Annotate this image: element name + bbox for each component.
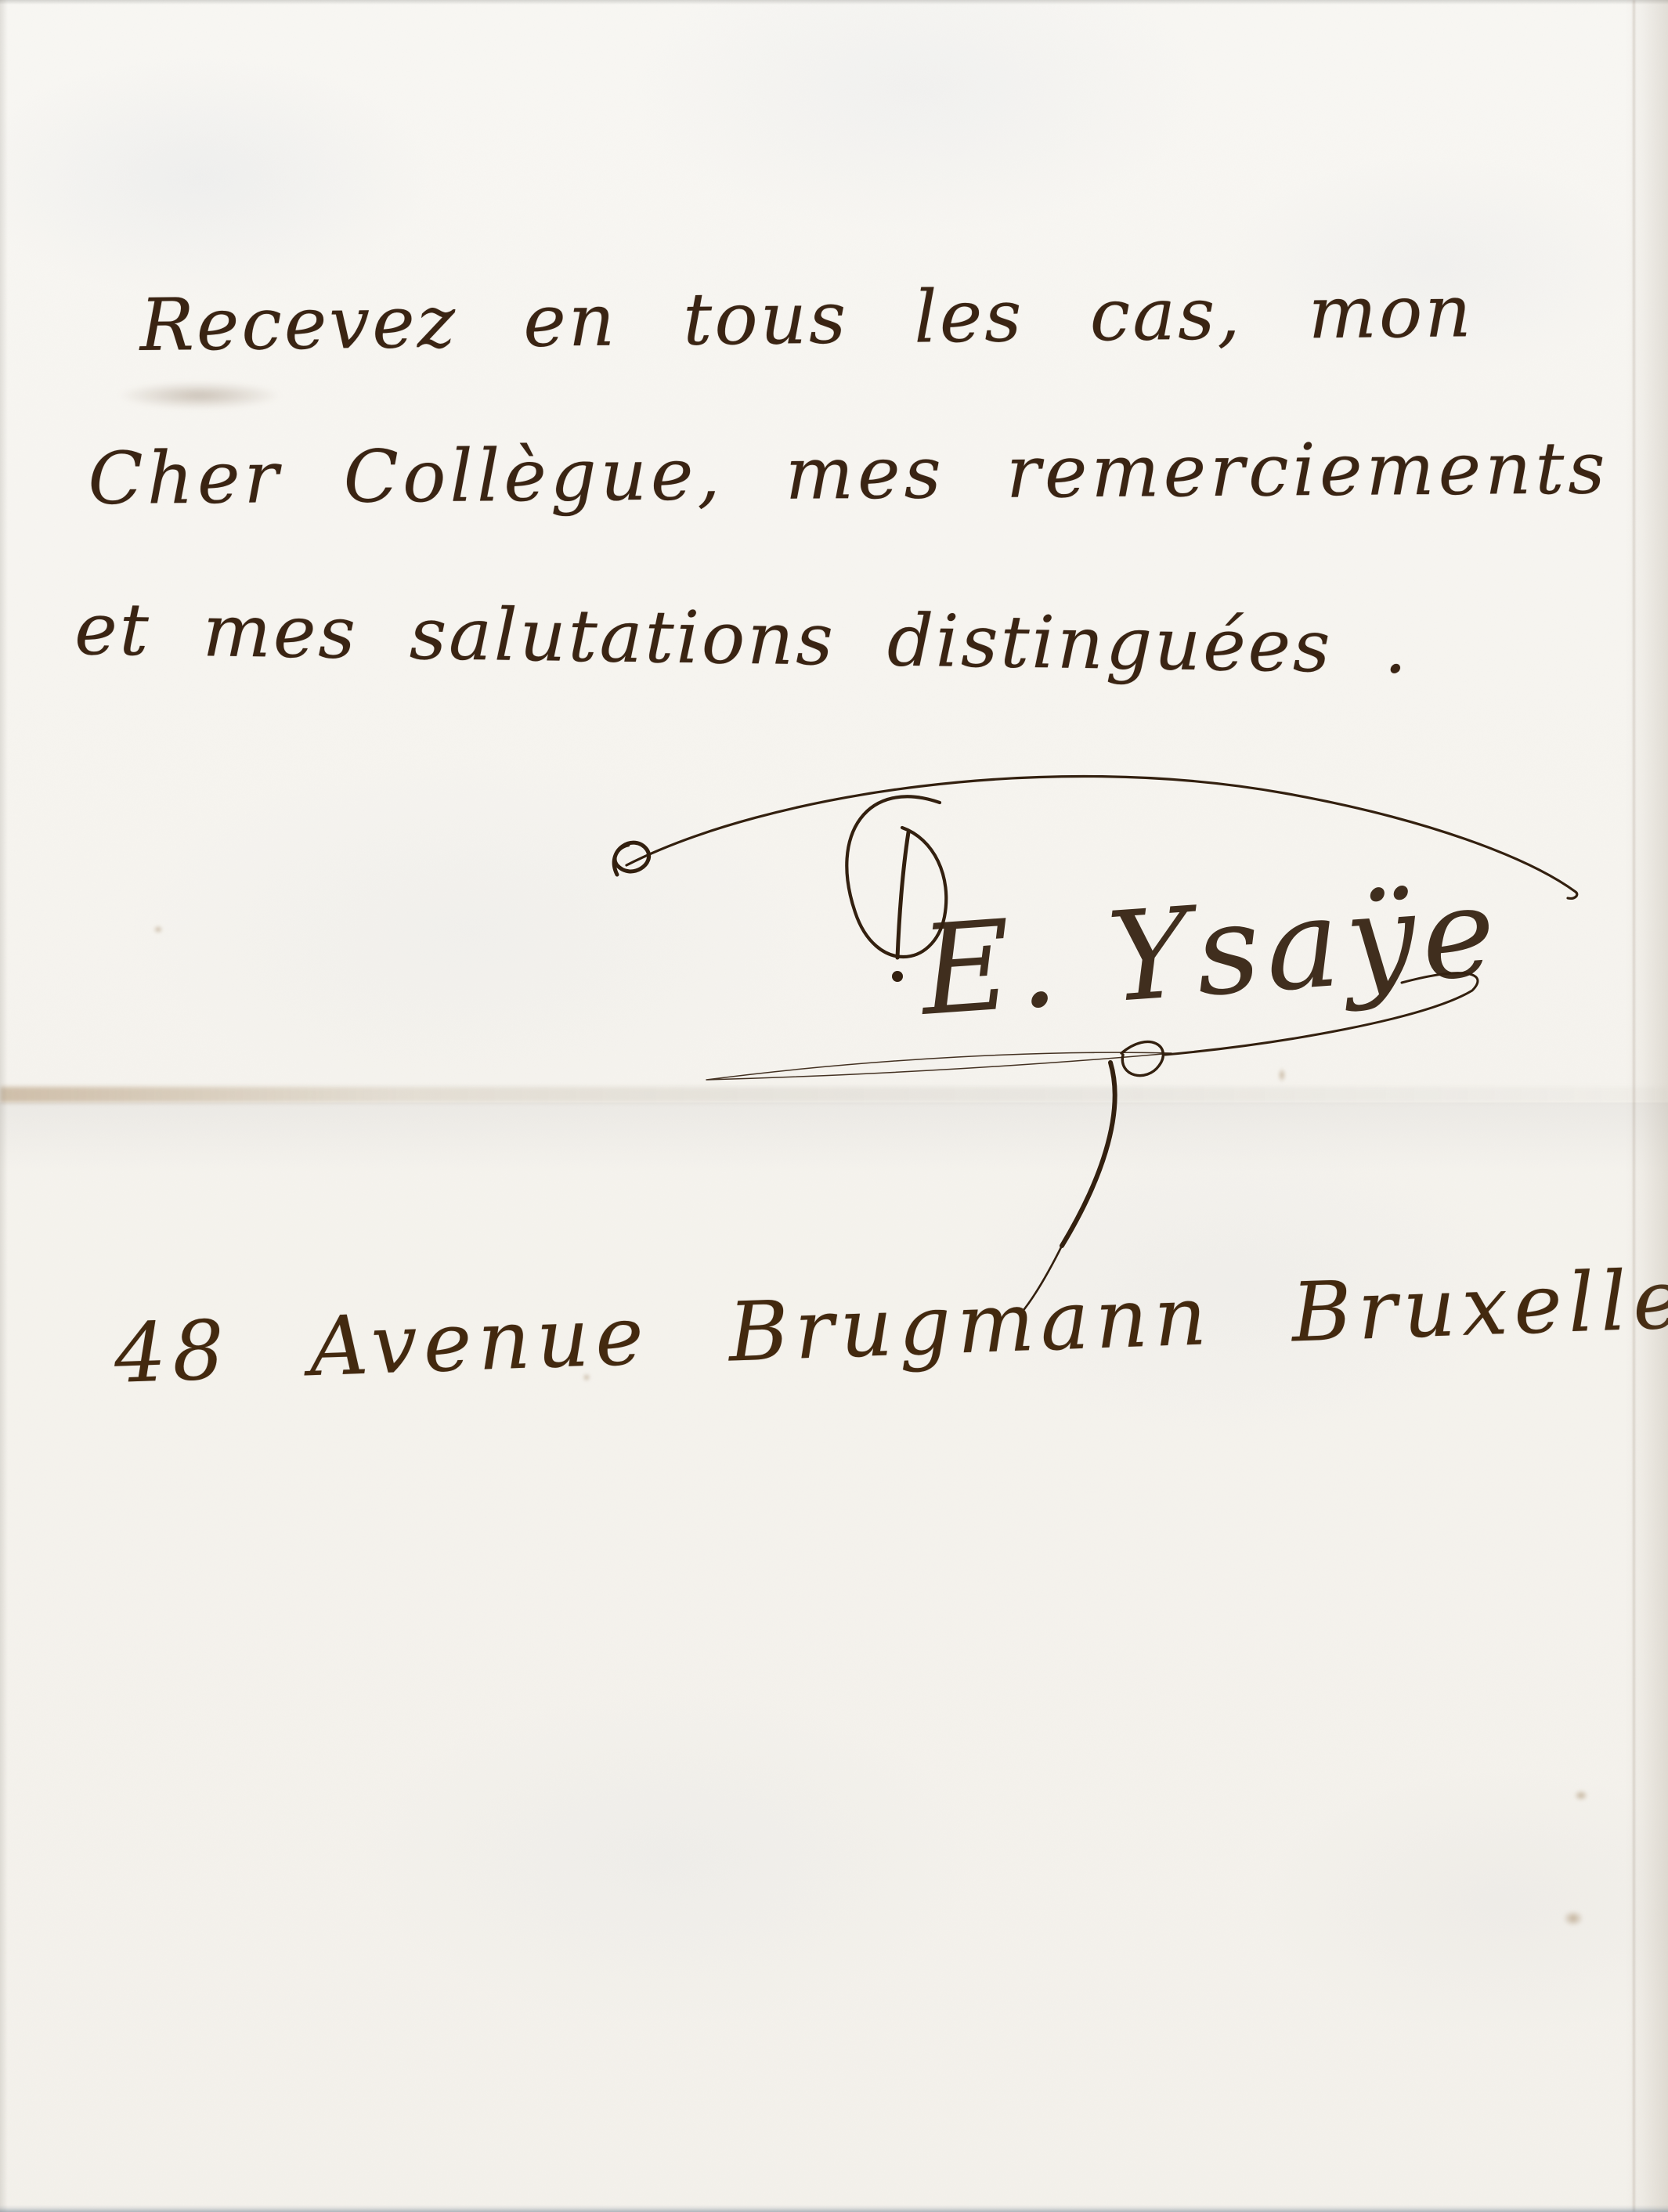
letter-page: Recevez en tous les cas, mon Cher Collèg… [0,0,1668,2212]
foxing-speck [1574,1790,1588,1801]
foxing-speck [1563,1911,1583,1926]
signature-name: E. Ysaÿe [914,860,1506,1045]
page-left-edge [0,0,8,2212]
letter-body-line-3: et mes salutations distinguées . [74,587,1410,690]
letter-body-line-2: Cher Collègue, mes remerciements [88,426,1609,521]
page-bottom-edge [0,2205,1668,2212]
letter-body-line-1: Recevez en tous les cas, mon [139,269,1474,367]
signature: E. Ysaÿe [501,748,1629,1327]
page-right-edge-line [1633,0,1635,2212]
page-top-edge [0,0,1668,5]
ink-speck [153,926,163,933]
ink-smudge [117,382,282,409]
page-right-edge [1625,0,1668,2212]
